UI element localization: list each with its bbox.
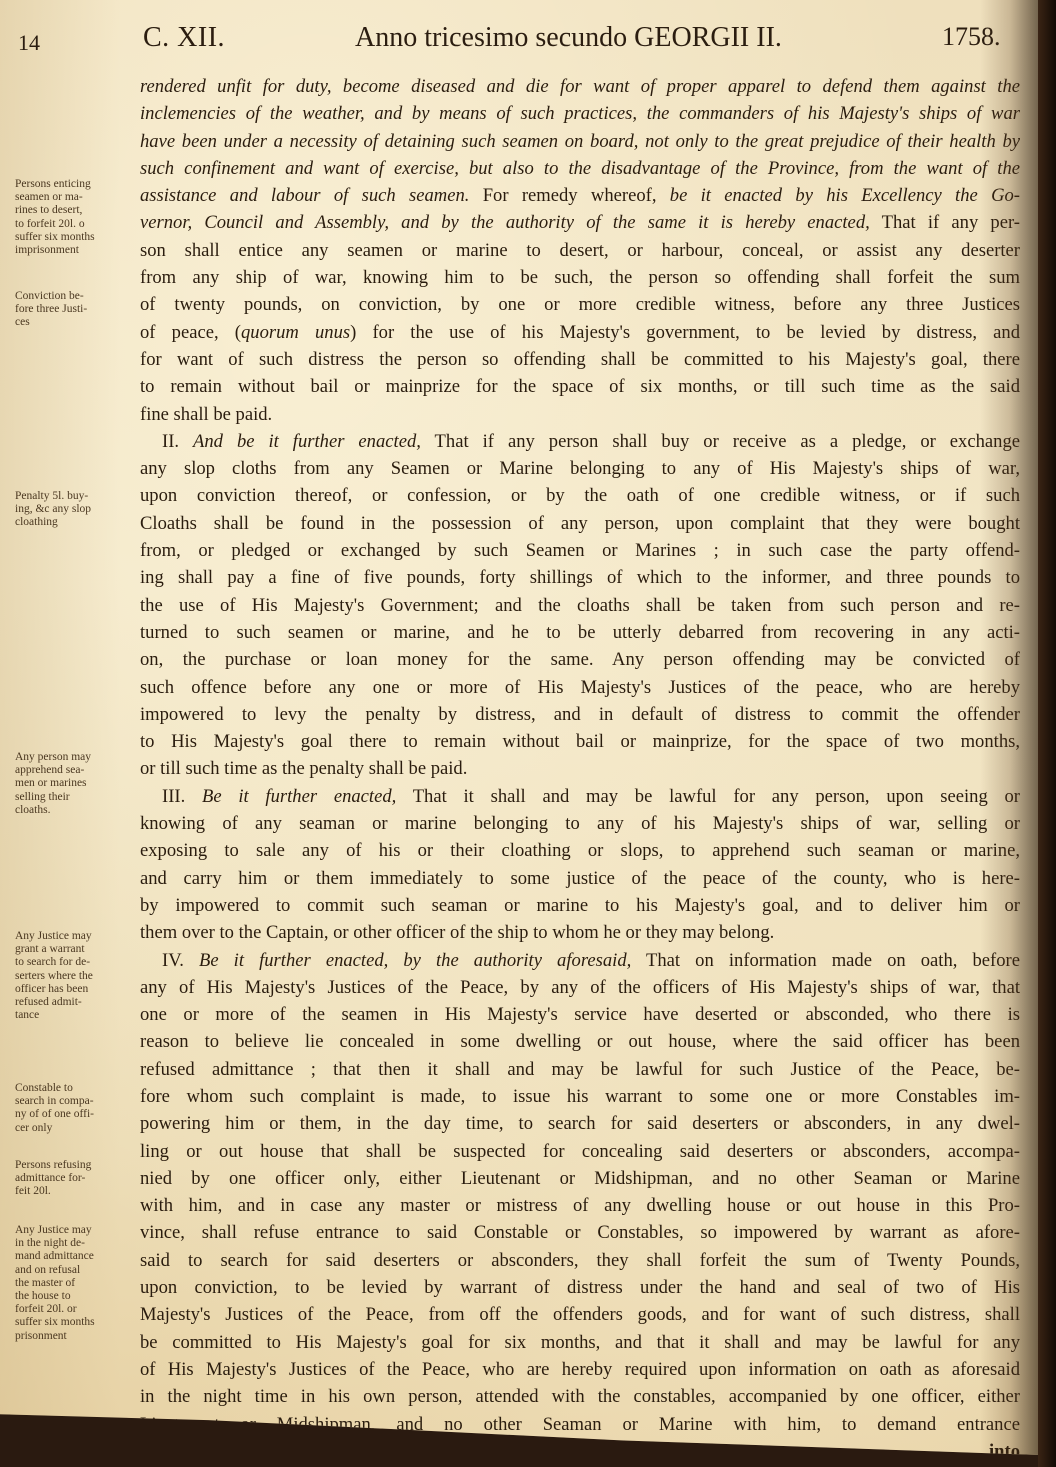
text-line: from, or pledged or exchanged by such Se…: [140, 537, 1020, 564]
margin-note-line: cloathing: [15, 516, 133, 529]
margin-note-line: Any Justice may: [15, 1224, 133, 1237]
text-line: one or more of the seamen in His Majesty…: [140, 1001, 1020, 1028]
text-line: said to search for said deserters or abs…: [140, 1247, 1020, 1274]
margin-note-line: Conviction be-: [15, 290, 133, 303]
text-line: to remain without bail or mainprize for …: [140, 373, 1020, 400]
margin-note-line: in the night de-: [15, 1237, 133, 1250]
margin-note: Persons enticingseamen or ma-rines to de…: [15, 178, 133, 257]
text-line: of His Majesty's Justices of the Peace, …: [140, 1356, 1020, 1383]
text-line: III. Be it further enacted, That it shal…: [140, 783, 1020, 810]
text-line: II. And be it further enacted, That if a…: [140, 428, 1020, 455]
text-segment: III.: [162, 786, 202, 807]
margin-note-line: officer has been: [15, 983, 133, 996]
margin-note-line: to search for de-: [15, 956, 133, 969]
text-line: rendered unfit for duty, become diseased…: [140, 73, 1020, 100]
margin-note: Conviction be-fore three Justi-ces: [15, 290, 133, 330]
margin-note-line: Persons refusing: [15, 1159, 133, 1172]
text-line: them over to the Captain, or other offic…: [140, 919, 1020, 946]
margin-note-line: the house to: [15, 1290, 133, 1303]
running-header: 14 C. XII. Anno tricesimo secundo GEORGI…: [0, 18, 1040, 58]
text-line: on, the purchase or loan money for the s…: [140, 646, 1020, 673]
text-line: be committed to His Majesty's goal for s…: [140, 1329, 1020, 1356]
text-line: Majesty's Justices of the Peace, from of…: [140, 1301, 1020, 1328]
margin-note-line: admittance for-: [15, 1172, 133, 1185]
text-segment: That if any person shall buy or receive …: [421, 431, 1020, 452]
margin-note-line: serters where the: [15, 970, 133, 983]
text-line: such offence before any one or more of H…: [140, 674, 1020, 701]
text-segment: For remedy whereof,: [469, 185, 669, 206]
text-line: impowered to levy the penalty by distres…: [140, 701, 1020, 728]
margin-note-line: selling their: [15, 791, 133, 804]
text-line: nied by one officer only, either Lieuten…: [140, 1165, 1020, 1192]
text-line: powering him or them, in the day time, t…: [140, 1110, 1020, 1137]
margin-note: Any Justice maygrant a warrantto search …: [15, 930, 133, 1022]
margin-note: Persons refusingadmittance for-feit 20l.: [15, 1159, 133, 1199]
text-segment: II.: [162, 431, 193, 452]
text-line: refused admittance ; that then it shall …: [140, 1056, 1020, 1083]
text-line: son shall entice any seamen or marine to…: [140, 237, 1020, 264]
text-line: Cloaths shall be found in the possession…: [140, 510, 1020, 537]
text-line: vince, shall refuse entrance to said Con…: [140, 1219, 1020, 1246]
margin-note-line: cloaths.: [15, 804, 133, 817]
margin-note-line: ing, &c any slop: [15, 503, 133, 516]
margin-note-line: grant a warrant: [15, 943, 133, 956]
margin-note: Any person mayapprehend sea-men or marin…: [15, 751, 133, 817]
book-spine-shadow: [1038, 0, 1056, 1467]
text-segment: of peace, (: [140, 322, 241, 343]
text-line: by impowered to commit such seaman or ma…: [140, 892, 1020, 919]
text-line: IV. Be it further enacted, by the author…: [140, 947, 1020, 974]
text-line: turned to such seamen or marine, and he …: [140, 619, 1020, 646]
text-segment: Be it further enacted,: [202, 786, 396, 807]
text-line: for want of such distress the person so …: [140, 346, 1020, 373]
margin-note-line: suffer six months: [15, 231, 133, 244]
margin-note-line: seamen or ma-: [15, 191, 133, 204]
body-text: rendered unfit for duty, become diseased…: [140, 73, 1020, 1465]
text-segment: ) for the use of his Majesty's governmen…: [350, 322, 1020, 343]
text-line: any slop cloths from any Seamen or Marin…: [140, 455, 1020, 482]
catchword: into: [140, 1438, 1020, 1465]
margin-note: Constable tosearch in compa-ny of of one…: [15, 1082, 133, 1135]
text-line: of twenty pounds, on conviction, by one …: [140, 291, 1020, 318]
chapter-number: C. XII.: [143, 22, 225, 54]
text-line: have been under a necessity of detaining…: [140, 128, 1020, 155]
margin-note-line: prisonment: [15, 1330, 133, 1343]
margin-note-line: forfeit 20l. or: [15, 1303, 133, 1316]
text-line: knowing of any seaman or marine belongin…: [140, 810, 1020, 837]
margin-note: Penalty 5l. buy-ing, &c any slopcloathin…: [15, 490, 133, 530]
margin-note-line: mand admittance: [15, 1250, 133, 1263]
margin-note-line: refused admit-: [15, 996, 133, 1009]
text-line: ing shall pay a fine of five pounds, for…: [140, 564, 1020, 591]
text-line: upon conviction thereof, or confession, …: [140, 482, 1020, 509]
margin-note-line: rines to desert,: [15, 204, 133, 217]
text-line: from any ship of war, knowing him to be …: [140, 264, 1020, 291]
text-line: Lieutenant or Midshipman, and no other S…: [140, 1411, 1020, 1438]
margin-note-line: Any Justice may: [15, 930, 133, 943]
margin-note-line: men or marines: [15, 777, 133, 790]
text-line: or till such time as the penalty shall b…: [140, 755, 1020, 782]
text-line: fore whom such complaint is made, to iss…: [140, 1083, 1020, 1110]
document-page: 14 C. XII. Anno tricesimo secundo GEORGI…: [0, 0, 1040, 1455]
text-segment: That on information made on oath, before: [631, 950, 1020, 971]
text-segment: IV.: [162, 950, 199, 971]
margin-note-line: suffer six months: [15, 1316, 133, 1329]
text-line: upon conviction, to be levied by warrant…: [140, 1274, 1020, 1301]
margin-note-line: ces: [15, 316, 133, 329]
text-line: in the night time in his own person, att…: [140, 1383, 1020, 1410]
text-line: such confinement and want of exercise, b…: [140, 155, 1020, 182]
text-line: fine shall be paid.: [140, 401, 1020, 428]
margin-note: Any Justice mayin the night de-mand admi…: [15, 1224, 133, 1343]
margin-note-line: fore three Justi-: [15, 303, 133, 316]
margin-note-line: cer only: [15, 1122, 133, 1135]
text-line: of peace, (quorum unus) for the use of h…: [140, 319, 1020, 346]
margin-note-line: Any person may: [15, 751, 133, 764]
margin-note-line: feit 20l.: [15, 1185, 133, 1198]
margin-note-line: to forfeit 20l. o: [15, 218, 133, 231]
text-segment: That it shall and may be lawful for any …: [396, 786, 1020, 807]
text-line: with him, and in case any master or mist…: [140, 1192, 1020, 1219]
margin-note-line: Penalty 5l. buy-: [15, 490, 133, 503]
text-line: any of His Majesty's Justices of the Pea…: [140, 974, 1020, 1001]
text-line: reason to believe lie concealed in some …: [140, 1028, 1020, 1055]
page-number: 14: [18, 30, 40, 56]
text-line: and carry him or them immediately to som…: [140, 865, 1020, 892]
text-segment: vernor, Council and Assembly, and by the…: [140, 212, 870, 233]
text-line: to His Majesty's goal there to remain wi…: [140, 728, 1020, 755]
text-segment: And be it further enacted,: [193, 431, 421, 452]
text-line: the use of His Majesty's Government; and…: [140, 592, 1020, 619]
margin-note-line: apprehend sea-: [15, 764, 133, 777]
margin-note-line: Persons enticing: [15, 178, 133, 191]
text-line: assistance and labour of such seamen. Fo…: [140, 182, 1020, 209]
text-line: exposing to sale any of his or their clo…: [140, 837, 1020, 864]
margin-note-line: and on refusal: [15, 1264, 133, 1277]
text-line: vernor, Council and Assembly, and by the…: [140, 209, 1020, 236]
text-segment: Be it further enacted, by the authority …: [199, 950, 631, 971]
margin-note-line: search in compa-: [15, 1095, 133, 1108]
margin-note-line: imprisonment: [15, 244, 133, 257]
text-segment: be it enacted by his Excellency the Go-: [670, 185, 1020, 206]
text-segment: That if any per-: [870, 212, 1020, 233]
text-line: ling or out house that shall be suspecte…: [140, 1138, 1020, 1165]
running-title: Anno tricesimo secundo GEORGII II.: [355, 22, 782, 54]
margin-note-line: Constable to: [15, 1082, 133, 1095]
text-segment: assistance and labour of such seamen.: [140, 185, 469, 206]
year: 1758.: [942, 22, 1001, 52]
text-line: inclemencies of the weather, and by mean…: [140, 100, 1020, 127]
text-segment: quorum unus: [241, 322, 350, 343]
margin-note-line: the master of: [15, 1277, 133, 1290]
margin-note-line: tance: [15, 1009, 133, 1022]
margin-note-line: ny of of one offi-: [15, 1108, 133, 1121]
